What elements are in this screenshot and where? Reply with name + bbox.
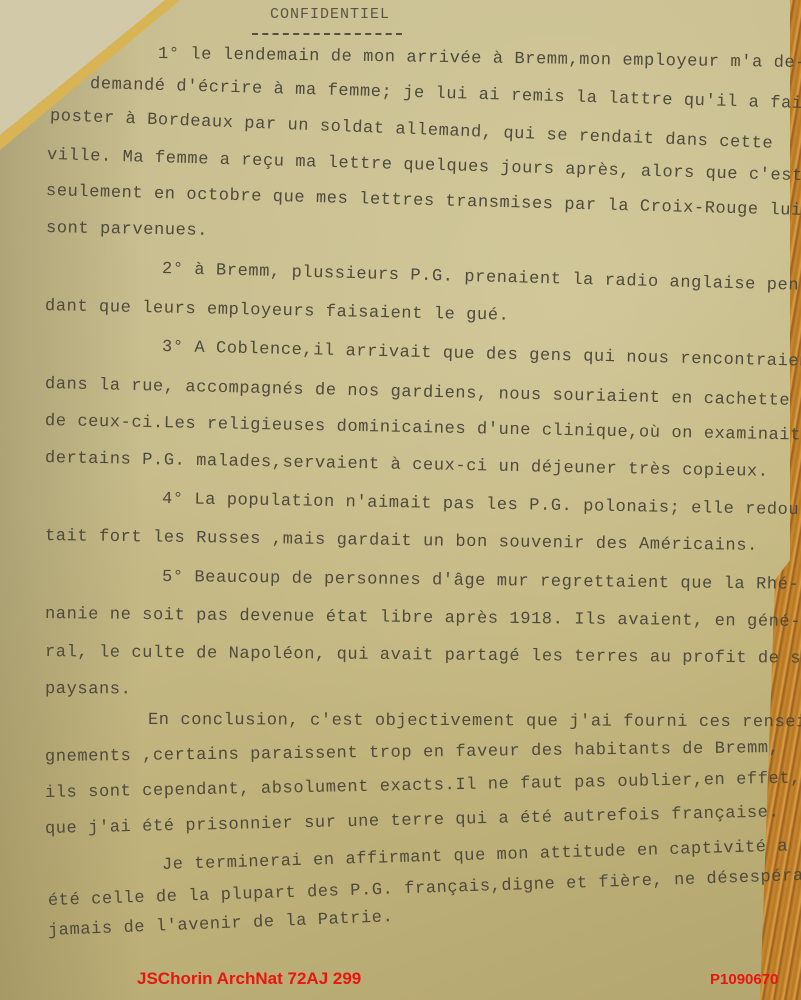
text-line: En conclusion, c'est objectivement que j… — [148, 711, 801, 732]
photo-id-watermark: P1090670 — [710, 971, 778, 988]
text-line: tait fort les Russes ,mais gardait un bo… — [45, 527, 758, 556]
text-line: nanie ne soit pas devenue état libre apr… — [45, 605, 801, 632]
text-line: seulement en octobre que mes lettres tra… — [46, 182, 801, 221]
text-line: Je terminerai en affirmant que mon attit… — [162, 837, 789, 875]
text-line: paysans. — [45, 680, 132, 699]
text-line: jamais de l'avenir de la Patrie. — [48, 908, 394, 941]
archive-watermark: JSChorin ArchNat 72AJ 299 — [137, 969, 361, 989]
text-line: de ceux-ci.Les religieuses dominicaines … — [45, 412, 801, 446]
title-underline — [252, 33, 402, 35]
document-title: CONFIDENTIEL — [270, 6, 390, 23]
text-line: 5° Beaucoup de personnes d'âge mur regre… — [162, 568, 799, 595]
text-line: poster à Bordeaux par un soldat allemand… — [50, 107, 774, 154]
text-line: été celle de la plupart des P.G. françai… — [48, 866, 801, 911]
text-line: gnements ,certains paraissent trop en fa… — [45, 739, 780, 767]
text-line: 4° La population n'aimait pas les P.G. p… — [162, 490, 801, 520]
text-line: que j'ai été prisonnier sur une terre qu… — [45, 803, 780, 839]
text-line: ville. Ma femme a reçu ma lettre quelque… — [47, 146, 801, 186]
text-line: 2° à Bremm, plussieurs P.G. prenaient la… — [162, 260, 801, 296]
text-line: sont parvenues. — [46, 219, 208, 241]
text-line: 3° A Coblence,il arrivait que des gens q… — [162, 338, 801, 372]
text-line: dertains P.G. malades,servaient à ceux-c… — [45, 449, 769, 482]
typed-text-area: CONFIDENTIEL 1° le lendemain de mon arri… — [0, 0, 801, 1000]
text-line: dans la rue, accompagnés de nos gardiens… — [45, 375, 791, 411]
text-line: demandé d'écrire à ma femme; je lui ai r… — [90, 75, 801, 114]
text-line: ral, le culte de Napoléon, qui avait par… — [45, 643, 801, 669]
text-line: dant que leurs employeurs faisaient le g… — [45, 297, 510, 326]
text-line: 1° le lendemain de mon arrivée à Bremm,m… — [158, 45, 801, 73]
text-line: ils sont cependant, absolument exacts.Il… — [45, 769, 801, 803]
